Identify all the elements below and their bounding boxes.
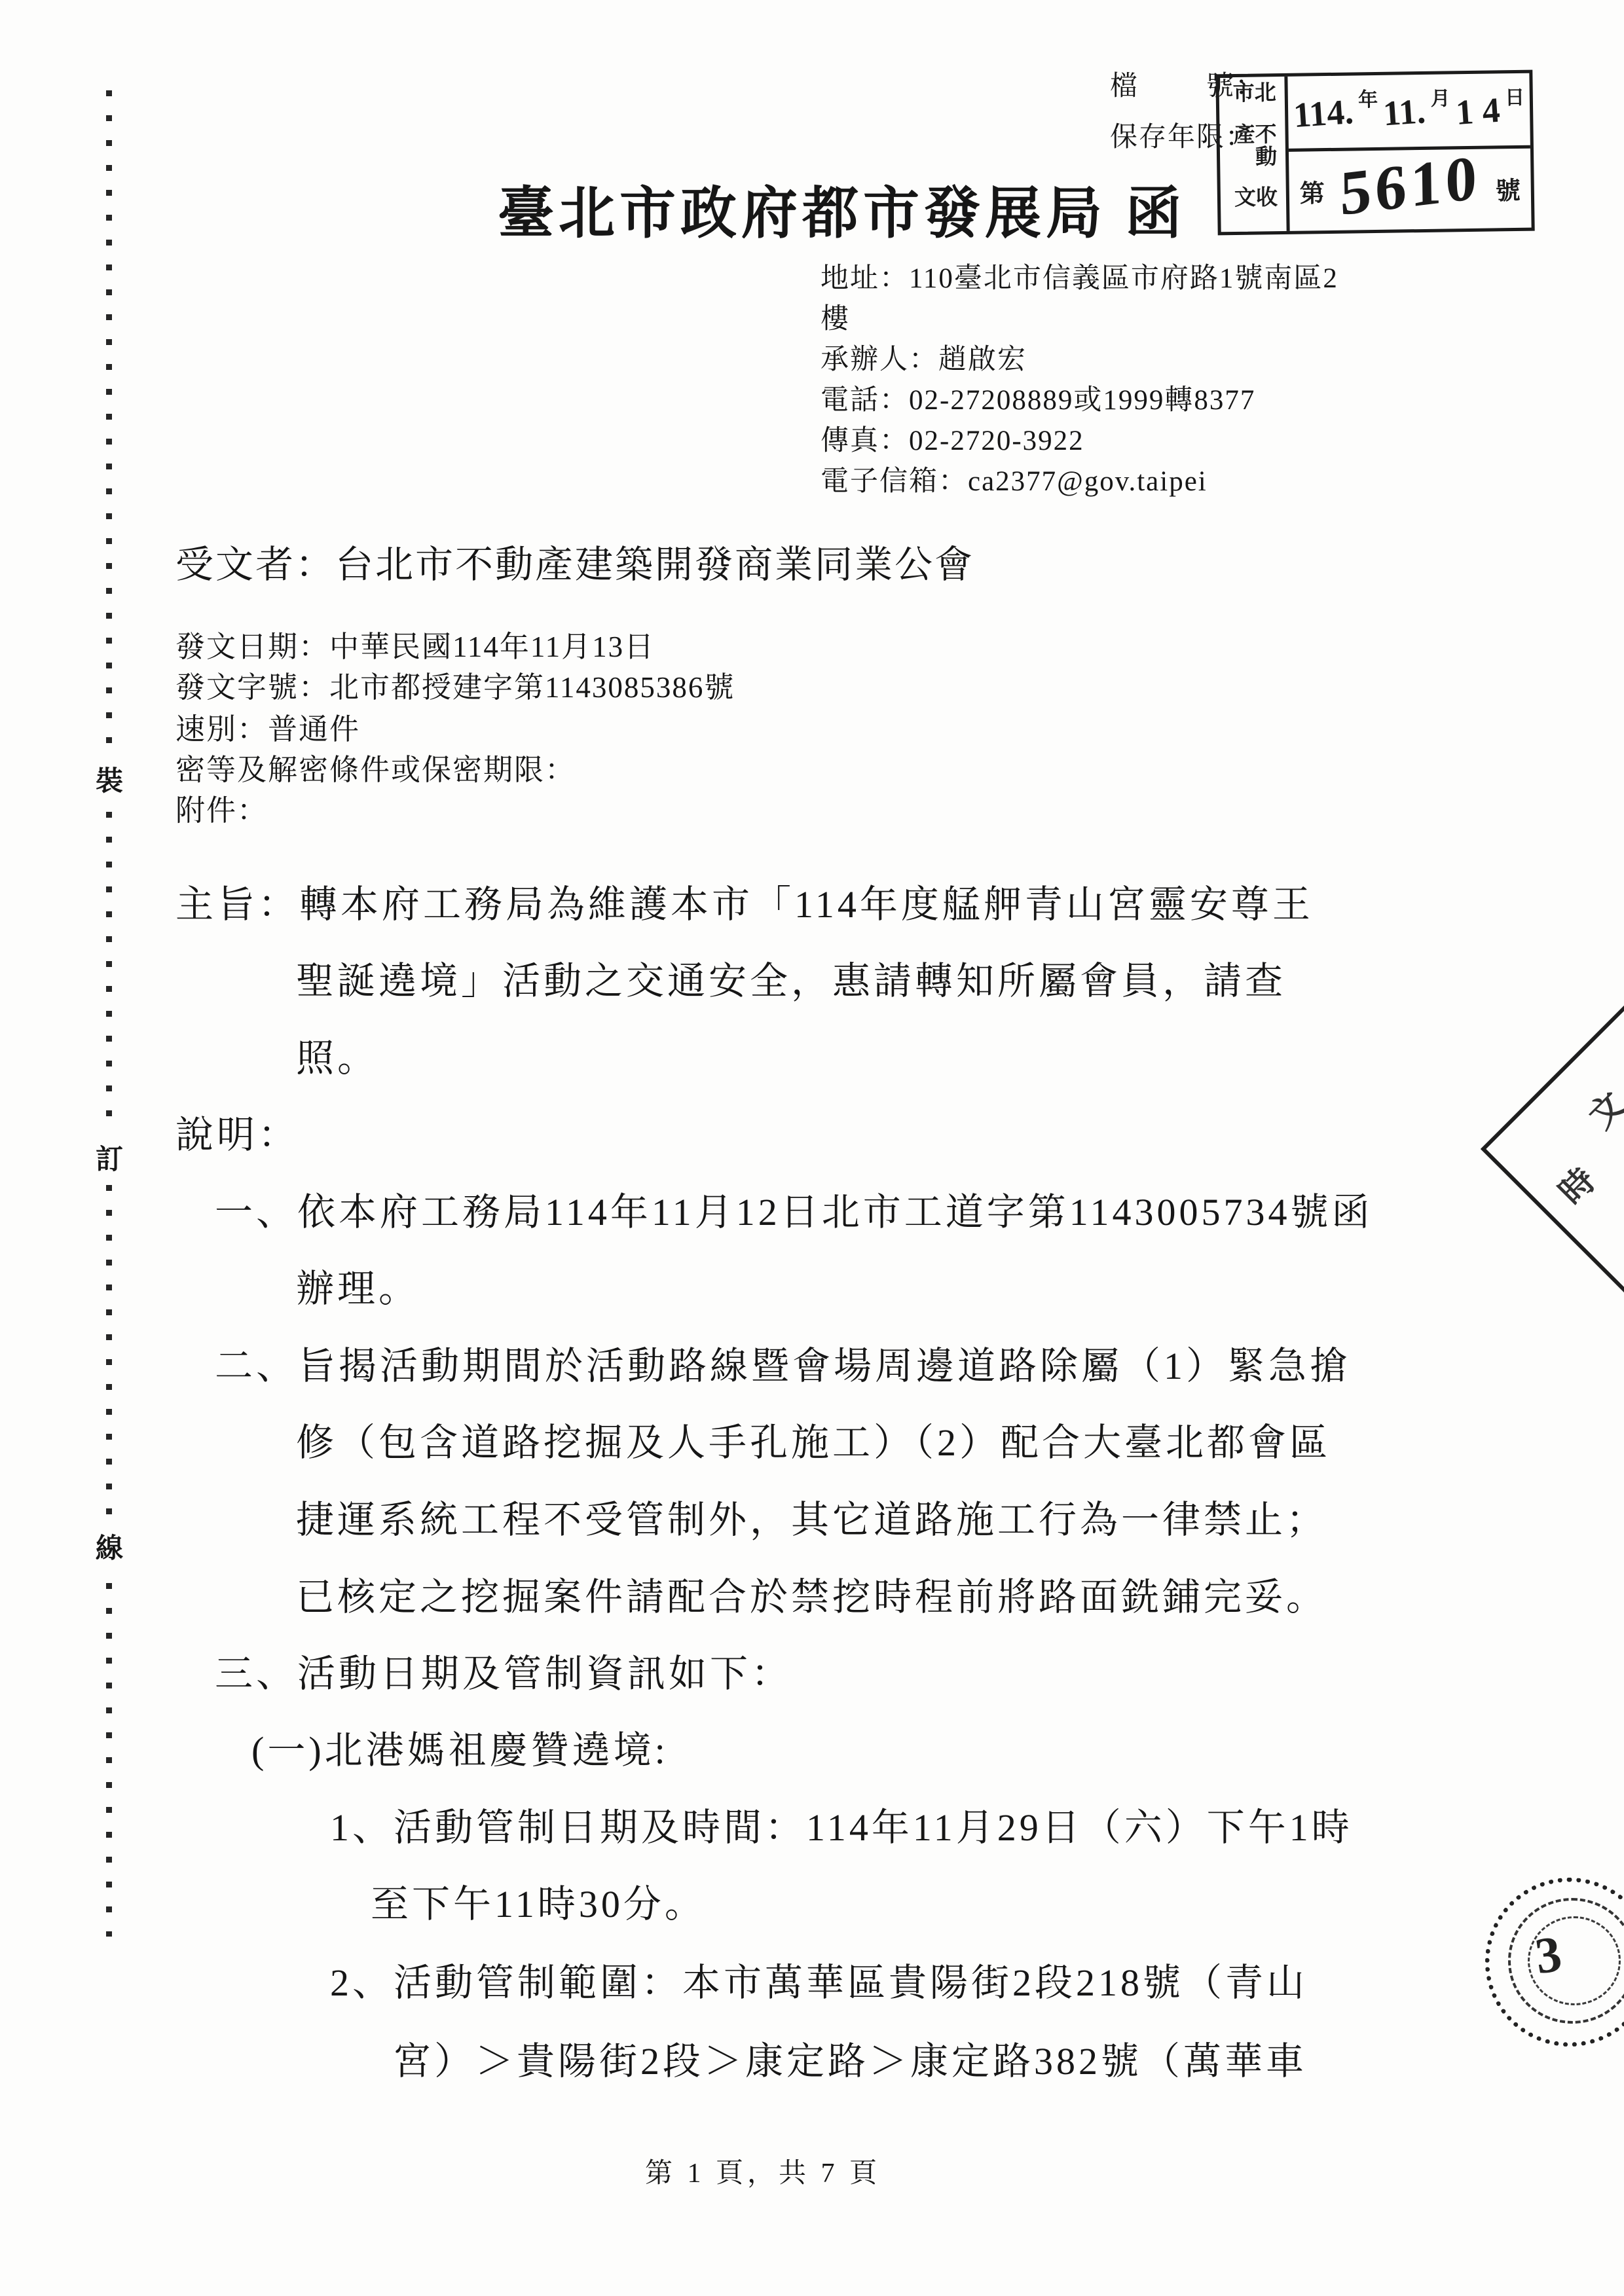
sender-phone: 電話：02-27208889或1999轉8377 bbox=[821, 378, 1255, 418]
sender-address-line2: 樓 bbox=[821, 297, 850, 337]
stamp-date-day-unit: 日 bbox=[1505, 81, 1525, 110]
item-2-line-3: 捷運系統工程不受管制外，其它道路施工行為一律禁止； bbox=[296, 1489, 1327, 1544]
binding-mark-ding: 訂 bbox=[88, 1131, 131, 1184]
sender-address-line1: 地址：110臺北市信義區市府路1號南區2 bbox=[821, 256, 1338, 296]
recipient-line: 受文者：台北市不動產建築開發商業同業公會 bbox=[175, 534, 974, 589]
receipt-stamp-org-3: 收文 bbox=[1232, 185, 1276, 228]
subject-line-1: 主旨：轉本府工務局為維護本市「114年度艋舺青山宮靈安尊王 bbox=[175, 873, 1314, 928]
receipt-stamp-org-2: 不動產 bbox=[1230, 122, 1274, 186]
stamp-number-prefix: 第 bbox=[1299, 173, 1325, 210]
binding-dotted-line bbox=[106, 90, 112, 1937]
meta-security: 密等及解密條件或保密期限： bbox=[175, 746, 576, 788]
stamp-number-handwritten: 5610 bbox=[1339, 145, 1481, 225]
sender-fax: 傳真：02-2720-3922 bbox=[821, 418, 1084, 458]
item-2-line-4: 已核定之挖掘案件請配合於禁挖時程前將路面銑鋪完妥。 bbox=[296, 1566, 1327, 1621]
edge-flower-stamp: 3 bbox=[1485, 1878, 1624, 2047]
page-footer: 第 1 頁，共 7 頁 bbox=[645, 2151, 881, 2191]
meta-speed: 速別：普通件 bbox=[175, 705, 360, 748]
sub-item-2-line-2: 宮）＞貴陽街2段＞康定路＞康定路382號（萬華車 bbox=[393, 2030, 1307, 2085]
item-1-line-1: 一、依本府工務局114年11月12日北市工道字第1143005734號函 bbox=[215, 1181, 1373, 1236]
stamp-date-day: 1 4 bbox=[1454, 92, 1501, 130]
stamp-number-suffix: 號 bbox=[1495, 170, 1521, 207]
receipt-stamp-org-column: 北市 不動產 收文 bbox=[1219, 77, 1289, 232]
stamp-date-year: 114. bbox=[1292, 94, 1354, 133]
binding-mark-zhuang: 裝 bbox=[88, 753, 131, 805]
file-number-label-left: 檔 bbox=[1110, 64, 1139, 103]
receipt-stamp-number: 第 5610 號 bbox=[1289, 148, 1532, 231]
meta-attachment: 附件： bbox=[175, 786, 268, 829]
receipt-stamp-right: 114. 年 11. 月 1 4 日 第 5610 號 bbox=[1287, 73, 1531, 231]
edge-diamond-stamp-char: 子 bbox=[1618, 1154, 1624, 1213]
edge-diamond-stamp: 電 文 子 時 bbox=[1481, 994, 1624, 1303]
sender-contact: 承辦人：趙啟宏 bbox=[821, 337, 1027, 377]
item-3-line-1: 三、活動日期及管制資訊如下： bbox=[215, 1643, 792, 1698]
stamp-date-year-unit: 年 bbox=[1358, 83, 1378, 112]
item-3-sub-1-heading: (一)北港媽祖慶贊遶境: bbox=[251, 1719, 669, 1774]
stamp-date-month: 11. bbox=[1382, 93, 1427, 131]
item-1-line-2: 辦理。 bbox=[296, 1258, 420, 1313]
edge-diamond-stamp-char: 文 bbox=[1576, 1079, 1624, 1138]
sub-item-1-line-1: 1、活動管制日期及時間：114年11月29日（六）下午1時 bbox=[330, 1796, 1353, 1851]
receipt-stamp-org-1: 北市 bbox=[1230, 81, 1274, 123]
document-page: 裝 訂 線 檔 號： 保存年限： 北市 不動產 收文 114. 年 11. 月 … bbox=[0, 0, 1624, 2296]
item-2-line-2: 修（包含道路挖掘及人手孔施工）（2）配合大臺北都會區 bbox=[296, 1412, 1331, 1467]
subject-line-2: 聖誕遶境」活動之交通安全，惠請轉知所屬會員，請查 bbox=[296, 950, 1286, 1005]
edge-diamond-stamp-char: 時 bbox=[1546, 1154, 1605, 1213]
item-2-line-1: 二、旨揭活動期間於活動路線暨會場周邊道路除屬（1）緊急搶 bbox=[215, 1335, 1351, 1390]
meta-issue-date: 發文日期：中華民國114年11月13日 bbox=[175, 623, 655, 665]
stamp-date-month-unit: 月 bbox=[1430, 82, 1450, 111]
document-title: 臺北市政府都市發展局 函 bbox=[498, 168, 1187, 249]
sub-item-2-line-1: 2、活動管制範圍：本市萬華區貴陽街2段218號（青山 bbox=[330, 1952, 1308, 2007]
subject-line-3: 照。 bbox=[296, 1027, 378, 1082]
meta-doc-number: 發文字號：北市都授建字第1143085386號 bbox=[175, 663, 735, 706]
receipt-stamp-date: 114. 年 11. 月 1 4 日 bbox=[1287, 73, 1530, 152]
binding-mark-xian: 線 bbox=[88, 1520, 131, 1573]
explanation-heading: 說明： bbox=[175, 1104, 299, 1159]
sub-item-1-line-2: 至下午11時30分。 bbox=[371, 1873, 706, 1928]
receipt-stamp: 北市 不動產 收文 114. 年 11. 月 1 4 日 第 5610 號 bbox=[1215, 70, 1534, 236]
sender-email: 電子信箱：ca2377@gov.taipei bbox=[821, 459, 1208, 499]
